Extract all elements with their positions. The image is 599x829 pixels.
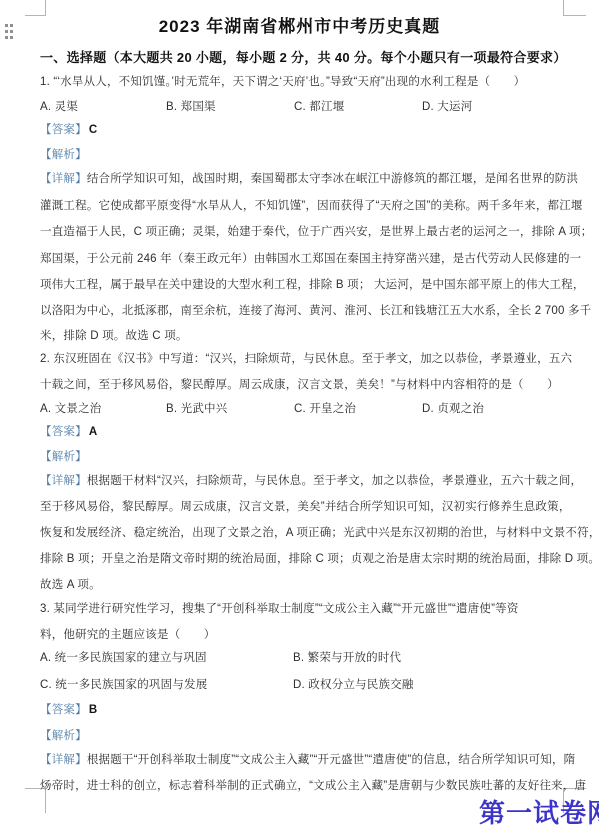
question-3-stem: 料，他研究的主题应该是（ ） xyxy=(40,627,216,643)
question-2-answer-value: A xyxy=(89,426,98,438)
detail-text: 结合所学知识可知，战国时期，秦国蜀郡太守李冰在岷江中游修筑的都江堰，是闻名世界的… xyxy=(87,173,578,185)
detail-label: 【详解】 xyxy=(40,173,87,185)
question-2-option-a: A. 文景之治 xyxy=(40,401,101,417)
detail-text: 根据题干材料“汉兴，扫除烦苛，与民休息。至于孝文，加之以恭俭，孝景遵业，五六十载… xyxy=(87,475,582,487)
question-1-detail-line: 灌溉工程。它使成都平原变得“水旱从人，不知饥馑”，因而获得了“天府之国”的美称。… xyxy=(40,198,583,214)
question-3-answer-value: B xyxy=(89,704,98,716)
question-1-stem: 1. “‘水旱从人，不知饥馑。’时无荒年，天下谓之‘天府’也。”导致“天府”出现… xyxy=(40,74,525,90)
question-1-detail-line: 项伟大工程，属于最早在关中建设的大型水利工程，排除 B 项； 大运河，是中国东部… xyxy=(40,277,585,293)
answer-label: 【答案】 xyxy=(40,704,87,716)
question-2-answer-line: 【答案】A xyxy=(40,424,97,440)
question-2-option-d: D. 贞观之治 xyxy=(422,401,484,417)
question-3-answer-line: 【答案】B xyxy=(40,702,97,718)
question-1-option-b: B. 郑国渠 xyxy=(166,99,216,115)
question-3-detail-line: 炀帝时，进士科的创立，标志着科举制的正式确立，“文成公主入藏”是唐朝与少数民族吐… xyxy=(40,778,586,794)
analysis-label: 【解析】 xyxy=(40,451,87,463)
question-3-analysis-line: 【解析】 xyxy=(40,728,87,744)
answer-label: 【答案】 xyxy=(40,426,87,438)
question-2-stem: 十载之间，至于移风易俗，黎民醇厚。周云成康，汉言文景，美矣！”与材料中内容相符的… xyxy=(40,377,559,393)
watermark-logo: 第一试卷网 xyxy=(479,793,599,829)
question-1-detail-line: 米，排除 D 项。故选 C 项。 xyxy=(40,328,188,344)
question-1-detail-line: 一直造福于人民，C 项正确；灵渠，始建于秦代，位于广西兴安，是世界上最古老的运河… xyxy=(40,224,592,240)
question-2-detail-line: 排除 B 项；开皇之治是隋文帝时期的统治局面，排除 C 项；贞观之治是唐太宗时期… xyxy=(40,551,599,567)
question-3-detail-line: 【详解】根据题干“开创科举取士制度”“文成公主入藏”“开元盛世”“遣唐使”的信息… xyxy=(40,752,575,768)
question-3-option-c: C. 统一多民族国家的巩固与发展 xyxy=(40,677,207,693)
question-1-answer-line: 【答案】C xyxy=(40,122,97,138)
answer-label: 【答案】 xyxy=(40,124,87,136)
analysis-label: 【解析】 xyxy=(40,730,87,742)
question-2-detail-line: 恢复和发展经济、稳定统治，出现了文景之治，A 项正确；光武中兴是东汉初期的治世，… xyxy=(40,525,599,541)
detail-text: 根据题干“开创科举取士制度”“文成公主入藏”“开元盛世”“遣唐使”的信息，结合所… xyxy=(87,754,576,766)
question-1-answer-value: C xyxy=(89,124,98,136)
question-2-option-c: C. 开皇之治 xyxy=(294,401,356,417)
question-1-option-a: A. 灵渠 xyxy=(40,99,78,115)
detail-label: 【详解】 xyxy=(40,754,87,766)
section-heading: 一、选择题（本大题共 20 小题，每小题 2 分，共 40 分。每个小题只有一项… xyxy=(40,47,567,66)
question-1-detail-line: 【详解】结合所学知识可知，战国时期，秦国蜀郡太守李冰在岷江中游修筑的都江堰，是闻… xyxy=(40,171,578,187)
question-1-detail-line: 郑国渠，于公元前 246 年（秦王政元年）由韩国水工郑国在秦国主持穿凿兴建，是古… xyxy=(40,251,581,267)
question-2-option-b: B. 光武中兴 xyxy=(166,401,227,417)
question-2-analysis-line: 【解析】 xyxy=(40,449,87,465)
question-2-stem: 2. 东汉班固在《汉书》中写道：“汉兴，扫除烦苛，与民休息。至于孝文，加之以恭俭… xyxy=(40,351,572,367)
analysis-label: 【解析】 xyxy=(40,149,87,161)
question-3-stem: 3. 某同学进行研究性学习，搜集了“开创科举取士制度”“文成公主入藏”“开元盛世… xyxy=(40,601,519,617)
question-2-detail-line: 【详解】根据题干材料“汉兴，扫除烦苛，与民休息。至于孝文，加之以恭俭，孝景遵业，… xyxy=(40,473,582,489)
question-3-option-a: A. 统一多民族国家的建立与巩固 xyxy=(40,650,207,666)
exam-document-page: 2023 年湖南省郴州市中考历史真题 一、选择题（本大题共 20 小题，每小题 … xyxy=(0,0,599,829)
question-1-option-d: D. 大运河 xyxy=(422,99,472,115)
detail-label: 【详解】 xyxy=(40,475,87,487)
question-2-detail-line: 故选 A 项。 xyxy=(40,577,101,593)
document-title: 2023 年湖南省郴州市中考历史真题 xyxy=(0,12,599,37)
question-3-option-b: B. 繁荣与开放的时代 xyxy=(293,650,401,666)
question-1-detail-line: 以洛阳为中心，北抵涿郡，南至余杭，连接了海河、黄河、淮河、长江和钱塘江五大水系，… xyxy=(40,303,591,319)
question-2-detail-line: 至于移风易俗，黎民醇厚。周云成康，汉言文景，美矣”并结合所学知识可知，汉初实行修… xyxy=(40,499,571,515)
question-1-option-c: C. 都江堰 xyxy=(294,99,344,115)
question-3-option-d: D. 政权分立与民族交融 xyxy=(293,677,414,693)
question-1-analysis-line: 【解析】 xyxy=(40,147,87,163)
